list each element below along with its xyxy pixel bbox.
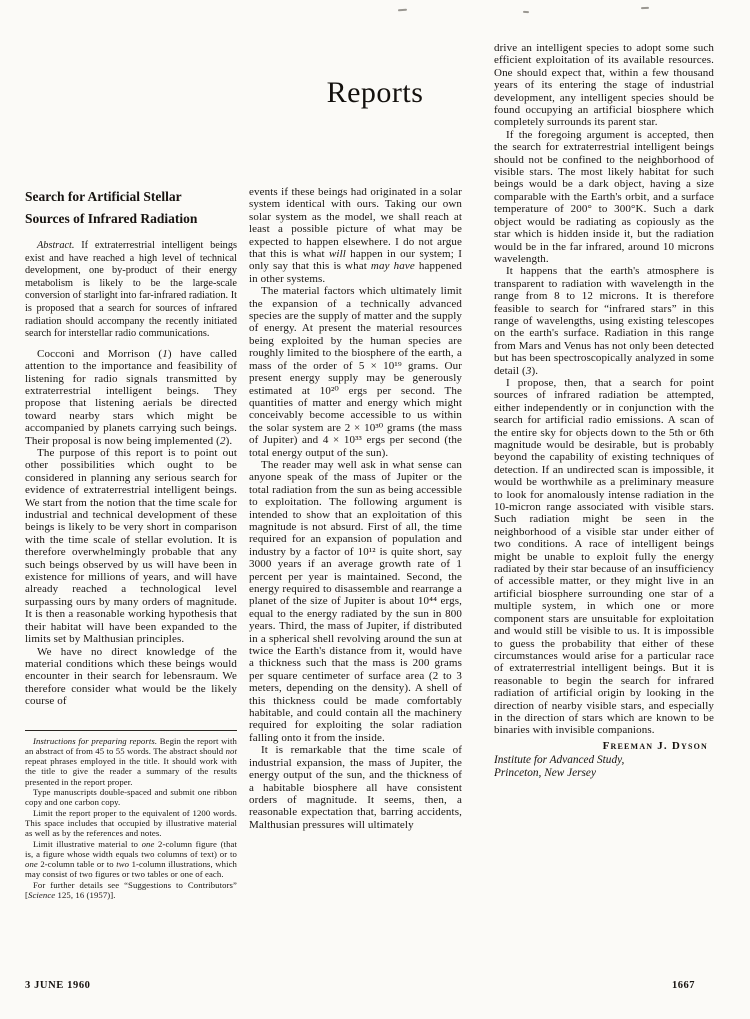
body-paragraph: events if these beings had originated in… [249,186,462,285]
footnote-paragraph: Limit the report proper to the equivalen… [25,808,237,839]
instructions-footnote: Instructions for preparing reports. Begi… [25,730,237,901]
issue-date: 3 JUNE 1960 [25,980,91,991]
affiliation-line: Institute for Advanced Study, [494,754,714,768]
body-paragraph: drive an intelligent species to adopt so… [494,42,714,129]
scan-artifact [641,7,649,9]
footnote-paragraph: Instructions for preparing reports. Begi… [25,736,237,787]
journal-page: Reports Search for Artificial Stellar So… [0,0,750,1019]
body-paragraph: We have no direct knowledge of the mater… [25,646,237,708]
abstract-label: Abstract. [37,240,74,251]
scan-artifact [523,11,529,13]
body-paragraph: The reader may well ask in what sense ca… [249,459,462,744]
footnote-paragraph: For further details see “Suggestions to … [25,880,237,901]
body-paragraph: The purpose of this report is to point o… [25,447,237,646]
body-paragraph: It is remarkable that the time scale of … [249,744,462,831]
body-paragraph: Cocconi and Morrison (1) have called att… [25,348,237,447]
abstract: Abstract. If extraterrestrial intelligen… [25,240,237,341]
page-number: 1667 [672,980,695,991]
author-signature: Freeman J. Dyson [494,740,708,752]
column-right: drive an intelligent species to adopt so… [494,42,714,781]
body-paragraph: It happens that the earth's atmosphere i… [494,265,714,377]
body-paragraph: The material factors which ultimately li… [249,285,462,459]
article-title: Search for Artificial Stellar Sources of… [25,186,237,230]
article-title-line: Search for Artificial Stellar [25,186,237,208]
article-title-line: Sources of Infrared Radiation [25,208,237,230]
footnote-rule [25,730,237,731]
column-left: Search for Artificial Stellar Sources of… [25,186,237,900]
column-middle: events if these beings had originated in… [249,186,462,831]
abstract-text: If extraterrestrial intelligent beings e… [25,240,237,339]
scan-artifact [398,9,407,12]
footnote-paragraph: Limit illustrative material to one 2-col… [25,839,237,880]
affiliation-line: Princeton, New Jersey [494,767,714,781]
footnote-paragraph: Type manuscripts double-spaced and submi… [25,787,237,808]
body-paragraph: I propose, then, that a search for point… [494,377,714,737]
body-paragraph: If the foregoing argument is accepted, t… [494,129,714,265]
